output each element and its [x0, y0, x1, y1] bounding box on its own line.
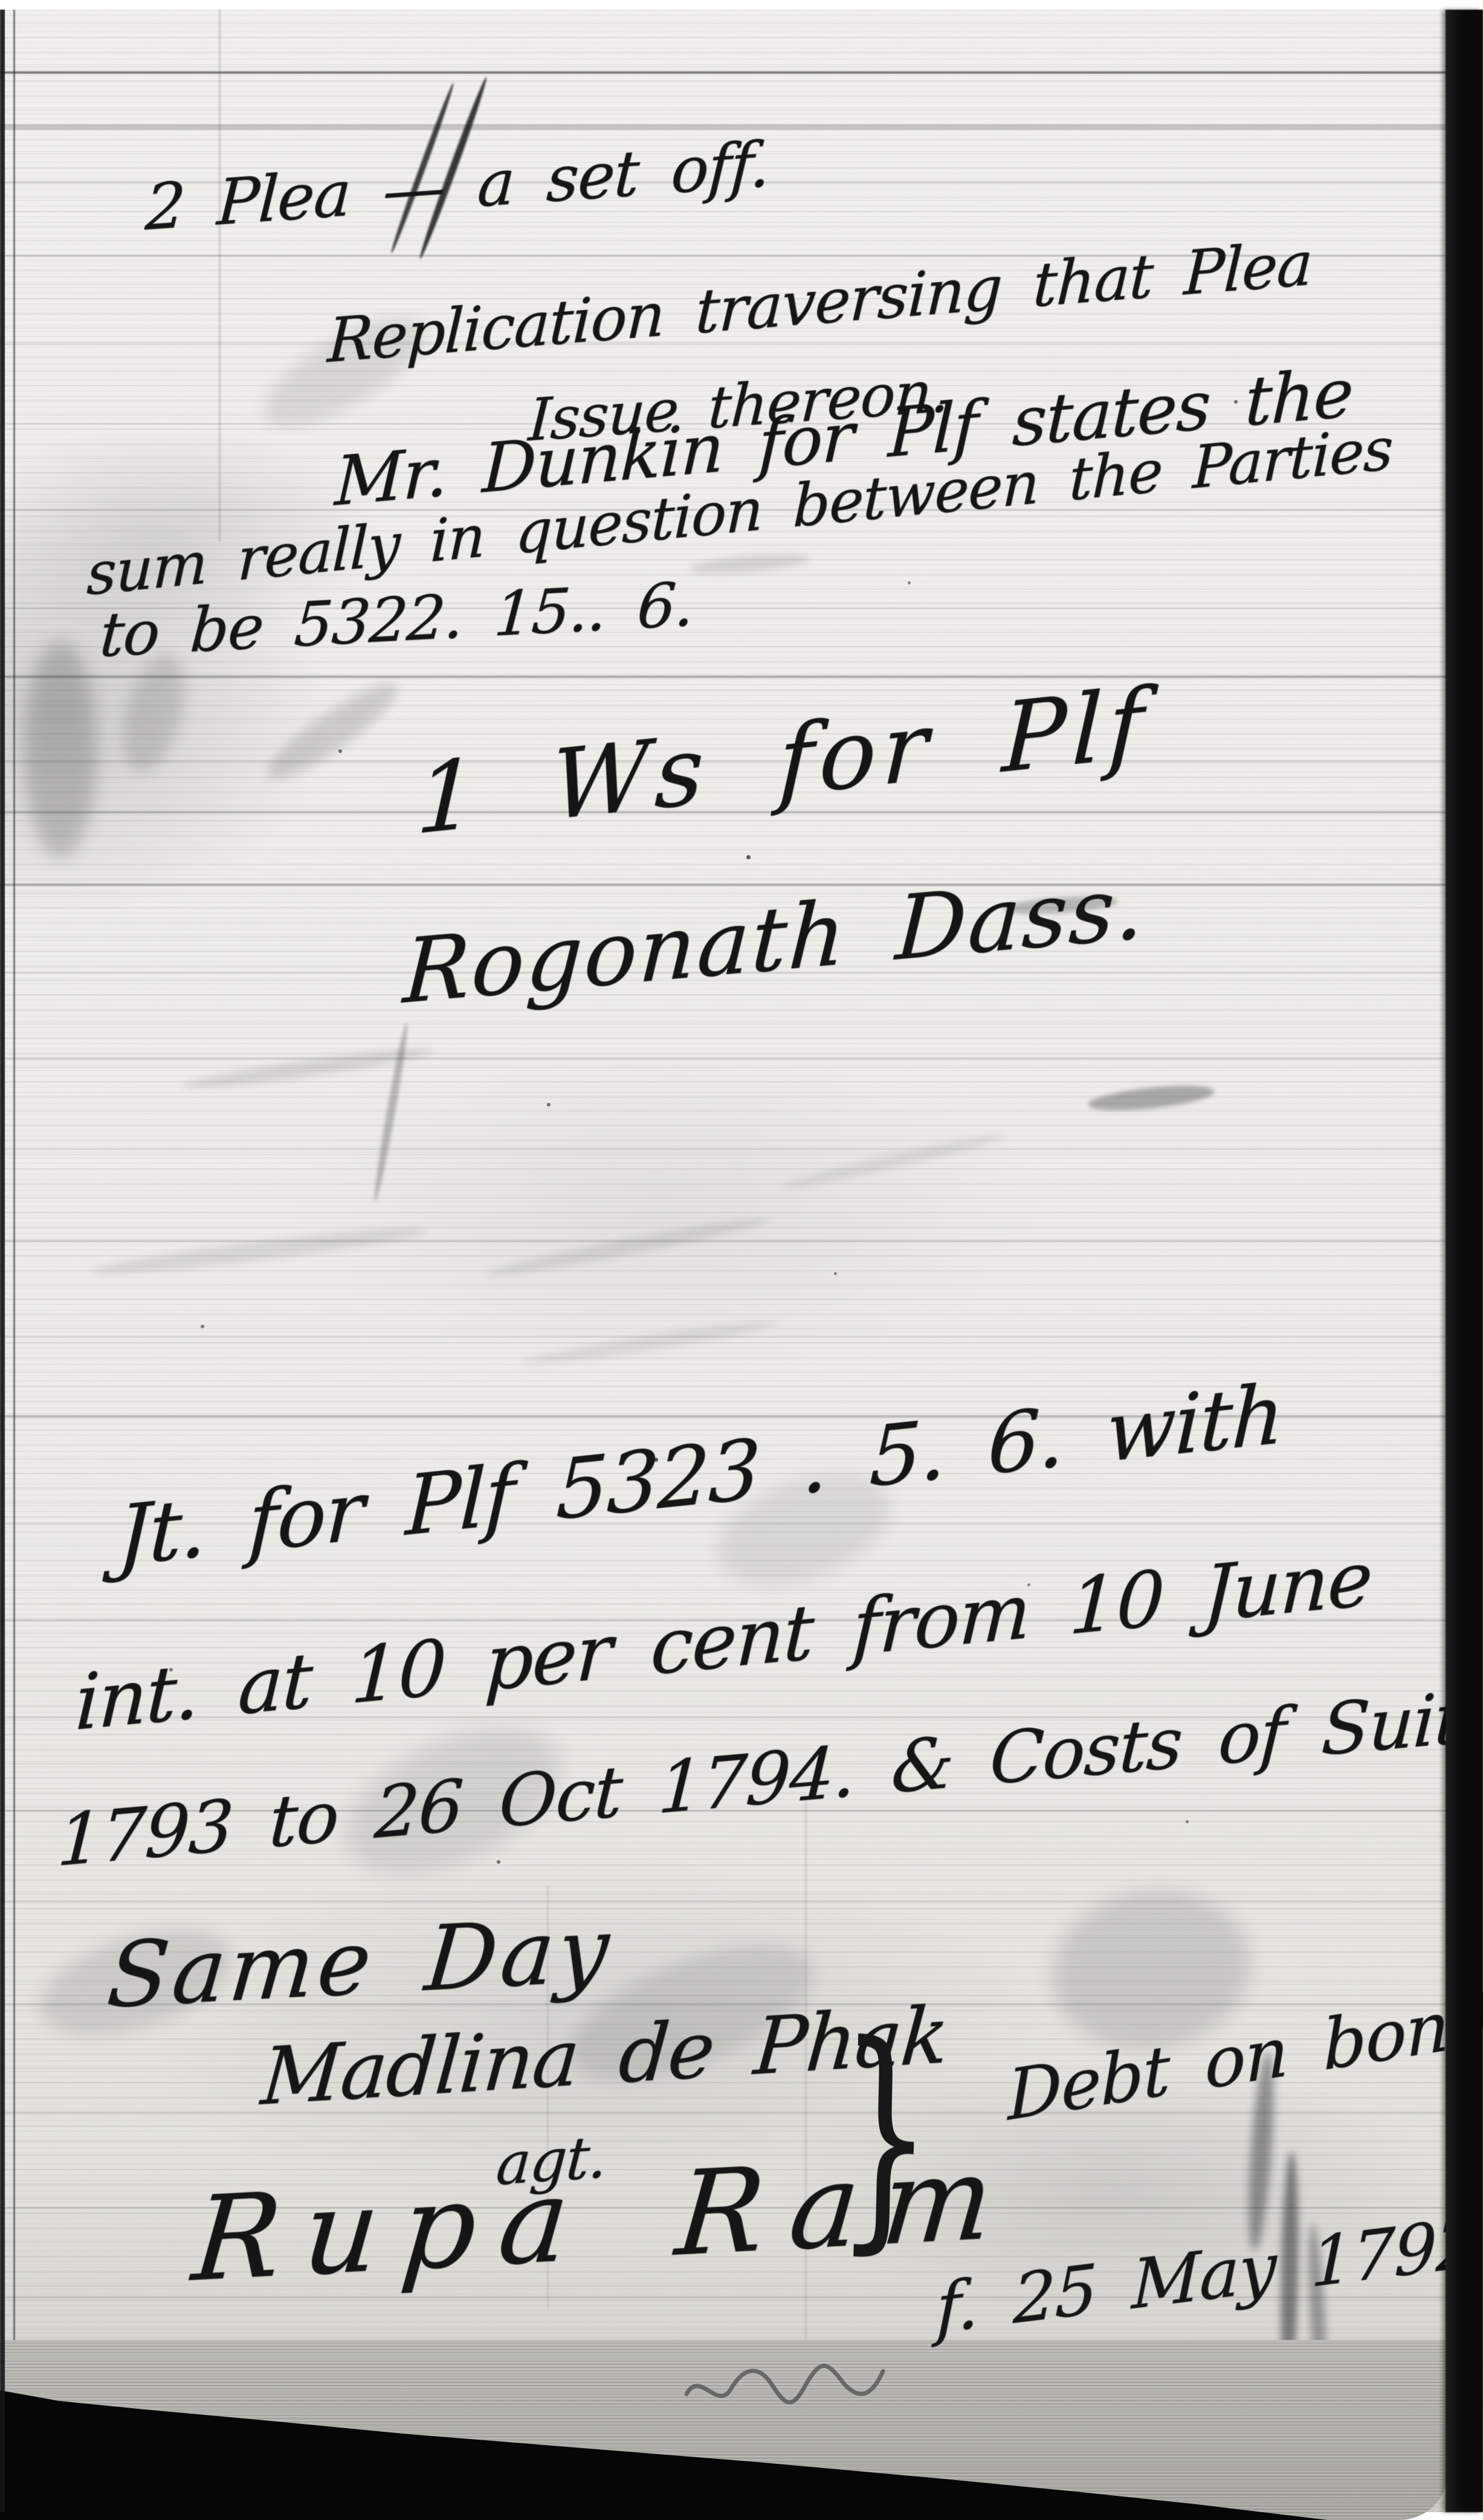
gutter-shadow-band — [1446, 10, 1483, 2512]
ruled-line — [0, 1058, 1483, 1059]
ink-speck — [338, 749, 342, 753]
ruled-line — [0, 1240, 1483, 1242]
ruled-line — [0, 71, 1483, 74]
left-page-edge-strip — [0, 10, 5, 2512]
manuscript-scan: 2 Plea — a set off. Replication traversi… — [0, 0, 1483, 2520]
ghost-smudge — [24, 641, 97, 858]
ink-speck — [547, 1103, 551, 1107]
ink-speck — [908, 581, 911, 584]
left-margin-rule — [13, 10, 15, 2511]
ink-speck — [834, 1272, 837, 1275]
ink-speck — [201, 1325, 204, 1328]
crease-line — [219, 10, 221, 541]
ruled-line — [0, 1901, 1483, 1902]
handwriting-same-day-heading: Same Day — [104, 1904, 616, 2021]
case-brace: } — [835, 2012, 935, 2260]
ruled-line — [0, 1148, 1483, 1150]
ruled-line — [0, 1336, 1483, 1337]
ink-speck — [497, 1860, 500, 1864]
ink-speck — [1186, 1820, 1189, 1823]
ink-speck — [746, 855, 751, 859]
ruled-line — [0, 676, 1483, 678]
ruled-line — [0, 884, 1483, 886]
